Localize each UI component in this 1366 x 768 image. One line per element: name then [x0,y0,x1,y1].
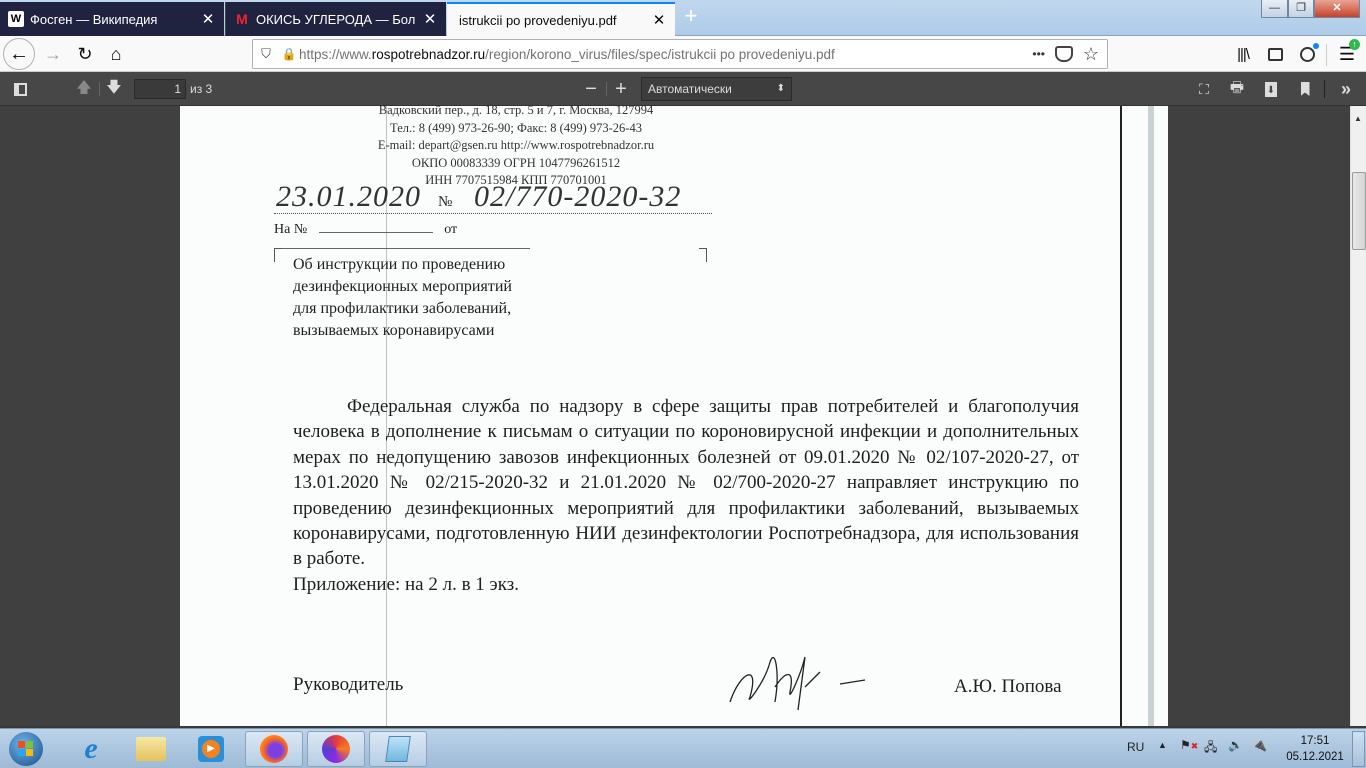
clock[interactable]: 17:51 05.12.2021 [1280,733,1350,765]
url-path: /region/korono_virus/files/spec/istrukci… [485,47,835,62]
shield-icon[interactable]: ⛉ [253,46,279,62]
subject: Об инструкции по проведению дезинфекцион… [293,254,512,342]
media-player-icon: ▶ [198,736,224,762]
language-indicator[interactable]: RU [1127,740,1144,754]
handwritten-date: 23.01.2020 [276,180,421,214]
arrow-left-icon: ← [9,43,29,66]
internet-explorer-icon: e [84,732,97,766]
updown-icon: ⬍ [777,78,785,100]
phone-line: Тел.: 8 (499) 973-26-90; Факс: 8 (499) 9… [306,120,726,138]
show-desktop-button[interactable] [1352,731,1365,767]
network-icon[interactable]: 🖧 [1204,738,1217,759]
tab-pdf[interactable]: istrukcii po provedeniyu.pdf ✕ [447,2,675,36]
lock-icon[interactable]: 🔒 [279,47,299,61]
signer-name: А.Ю. Попова [954,676,1062,698]
bookmark-button[interactable] [1293,76,1317,102]
close-icon[interactable]: ✕ [200,10,216,28]
notepad-icon [385,736,411,762]
title-bar: W Фосген — Википедия ✕ М ОКИСЬ УГЛЕРОДА … [0,0,1366,36]
subject-line: вызываемых коронавирусами [293,320,512,342]
pdf-page: Вадковский пер., д. 18, стр. 5 и 7, г. М… [180,106,1168,726]
email-line: E-mail: depart@gsen.ru http://www.rospot… [306,137,726,155]
taskbar-notepad[interactable] [369,731,427,767]
update-icon: ↑ [1349,39,1360,50]
taskbar-internet-explorer[interactable]: e [62,731,120,767]
reference-line: На № от [274,222,714,254]
address-bar[interactable]: ⛉ 🔒 https://www.rospotrebnadzor.ru/regio… [252,39,1108,69]
close-window-button[interactable]: ✕ [1314,0,1360,18]
close-icon: ✕ [1332,2,1341,14]
zoom-value: Автоматически [648,82,732,96]
taskbar-opera[interactable] [307,731,365,767]
taskbar-explorer[interactable] [122,731,180,767]
pdf-toolbar: 🡅 🡇 1 из 3 − + Автоматически⬍ ⛶ 🖶 ⬇ » [0,72,1366,106]
previous-page-button[interactable]: 🡅 [72,76,96,102]
sidebar-icon [1268,48,1283,61]
tab-phosgene[interactable]: W Фосген — Википедия ✕ [0,2,224,36]
restore-button[interactable]: ❐ [1288,0,1314,18]
subject-line: Об инструкции по проведению [293,254,512,276]
page-actions-icon[interactable]: ••• [1032,47,1045,61]
pocket-icon[interactable] [1055,46,1073,62]
home-button[interactable]: ⌂ [101,39,131,69]
back-button[interactable]: ← [3,38,35,70]
url-domain: rospotrebnadzor.ru [372,47,485,62]
new-tab-button[interactable]: + [680,6,702,28]
print-icon: 🖶 [1230,77,1244,102]
sidebar-toggle-icon [14,83,27,96]
letter-body: Федеральная служба по надзору в сфере за… [293,394,1079,597]
scrollbar-thumb[interactable] [1352,172,1366,250]
zoom-in-button[interactable]: + [610,76,632,102]
taskbar: e ▶ RU ▲ ⚑✖ 🖧 🔈 🔌 17:51 05.12.2021 [0,728,1366,768]
handwritten-number: 02/770-2020-32 [474,180,681,214]
reload-icon: ↻ [77,44,92,65]
fullscreen-icon: ⛶ [1199,81,1209,98]
ref-label: На № [274,222,307,237]
home-icon: ⌂ [111,44,122,65]
attachment-note: Приложение: на 2 л. в 1 экз. [293,572,1079,597]
okpo-line: ОКПО 00083339 ОГРН 1047796261512 [306,155,726,173]
zoom-select[interactable]: Автоматически⬍ [641,77,792,101]
arrow-up-icon: 🡅 [76,77,91,102]
download-button[interactable]: ⬇ [1259,76,1283,102]
zoom-out-button[interactable]: − [580,76,602,102]
letterhead: Вадковский пер., д. 18, стр. 5 и 7, г. М… [306,102,726,190]
arrow-down-icon: 🡇 [106,77,121,102]
number-label: № [438,194,452,211]
bookmark-icon [1301,82,1310,96]
subject-line: дезинфекционных мероприятий [293,276,512,298]
presentation-mode-button[interactable]: ⛶ [1192,76,1216,102]
close-icon[interactable]: ✕ [422,10,438,28]
encyclopedia-icon: М [234,11,250,27]
library-icon[interactable]: |||\ [1228,39,1258,69]
tab-carbon-monoxide[interactable]: М ОКИСЬ УГЛЕРОДА — Больша ✕ [225,2,446,36]
star-icon[interactable]: ☆ [1083,44,1099,65]
print-button[interactable]: 🖶 [1225,76,1249,102]
forward-button[interactable]: → [38,39,68,69]
arrow-right-icon: → [44,44,62,65]
address-line: Вадковский пер., д. 18, стр. 5 и 7, г. М… [306,102,726,120]
tools-button[interactable]: » [1332,76,1360,102]
action-center-icon[interactable]: ⚑✖ [1180,738,1198,752]
taskbar-media-player[interactable]: ▶ [182,731,240,767]
tab-title: Фосген — Википедия [30,12,194,27]
wikipedia-icon: W [8,11,24,27]
folder-icon [136,737,166,761]
start-button[interactable] [4,731,48,767]
tab-title: ОКИСЬ УГЛЕРОДА — Больша [256,12,416,27]
minimize-icon: — [1269,2,1280,14]
restore-icon: ❐ [1296,2,1306,14]
download-icon: ⬇ [1265,82,1277,97]
page-count: из 3 [190,82,212,96]
pdf-viewer[interactable]: Вадковский пер., д. 18, стр. 5 и 7, г. М… [0,106,1350,726]
double-chevron-right-icon: » [1341,79,1351,100]
ref-from-label: от [444,222,457,237]
body-paragraph: Федеральная служба по надзору в сфере за… [293,394,1079,572]
toggle-sidebar-button[interactable] [8,76,32,102]
account-icon [1300,47,1315,62]
next-page-button[interactable]: 🡇 [102,76,126,102]
taskbar-firefox[interactable] [245,731,303,767]
close-icon[interactable]: ✕ [651,11,667,29]
sidebar-button[interactable] [1260,39,1290,69]
firefox-icon [260,735,288,763]
subject-line: для профилактики заболеваний, [293,298,512,320]
clock-time: 17:51 [1280,733,1350,749]
signature-image [720,642,870,712]
windows-logo-icon [9,732,43,766]
show-hidden-icons[interactable]: ▲ [1158,740,1167,750]
url-prefix: https://www. [299,47,372,62]
minimize-button[interactable]: — [1261,0,1288,18]
signer-title: Руководитель [293,674,403,696]
account-button[interactable] [1292,39,1322,69]
tab-title: istrukcii po provedeniyu.pdf [455,13,645,28]
browser-icon [322,735,350,763]
power-icon[interactable]: 🔌 [1252,738,1267,752]
clock-date: 05.12.2021 [1280,749,1350,765]
volume-icon[interactable]: 🔈 [1228,738,1243,752]
vertical-scrollbar[interactable]: ▲ [1350,106,1366,726]
menu-button[interactable]: ☰↑ [1332,39,1362,69]
navigation-bar: ← → ↻ ⌂ ⛉ 🔒 https://www.rospotrebnadzor.… [0,36,1366,72]
scroll-up-icon[interactable]: ▲ [1354,114,1362,123]
page-number-input[interactable]: 1 [134,79,186,99]
reload-button[interactable]: ↻ [70,39,100,69]
date-number-line: 23.01.2020 № 02/770-2020-32 [274,182,712,214]
